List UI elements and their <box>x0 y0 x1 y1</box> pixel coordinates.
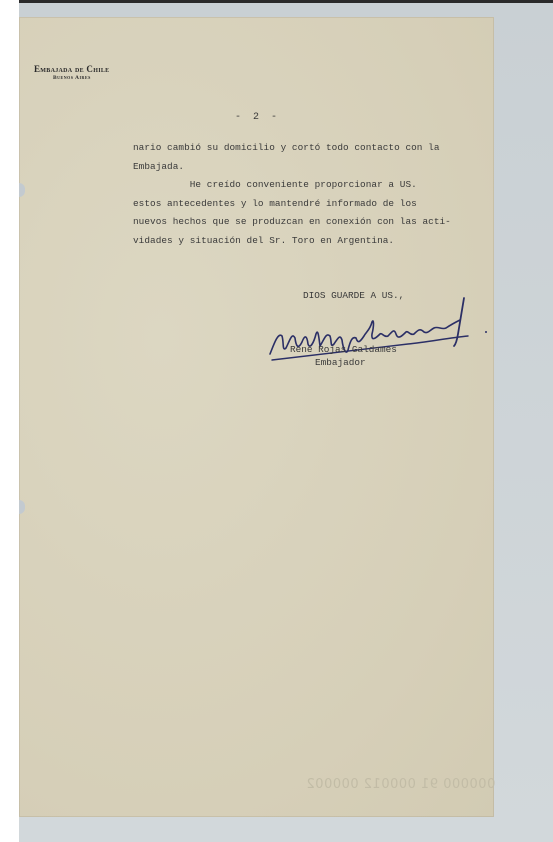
page-number: - 2 - <box>235 112 280 123</box>
letterhead-organization: Embajada de Chile <box>34 64 109 74</box>
signer-title: Embajador <box>315 357 397 370</box>
body-line: vidades y situación del Sr. Toro en Arge… <box>133 232 493 251</box>
signer-block: René Rojas Galdames Embajador <box>290 344 397 369</box>
scanner-top-edge <box>19 0 553 3</box>
body-line: estos antecedentes y lo mantendré inform… <box>133 195 493 214</box>
body-line: nuevos hechos que se produzcan en conexi… <box>133 213 493 232</box>
letterhead-city: Buenos Aires <box>53 75 109 81</box>
letterhead: Embajada de Chile Buenos Aires <box>34 64 109 81</box>
letter-body: nario cambió su domicilio y cortó todo c… <box>133 139 493 251</box>
signer-name: René Rojas Galdames <box>290 344 397 357</box>
archive-stamp-bleedthrough: 000000 91 000012 000002 <box>306 777 495 792</box>
body-line: Embajada. <box>133 158 493 177</box>
document-page <box>19 17 494 817</box>
body-line: nario cambió su domicilio y cortó todo c… <box>133 139 493 158</box>
body-line: He creído conveniente proporcionar a US. <box>133 176 493 195</box>
